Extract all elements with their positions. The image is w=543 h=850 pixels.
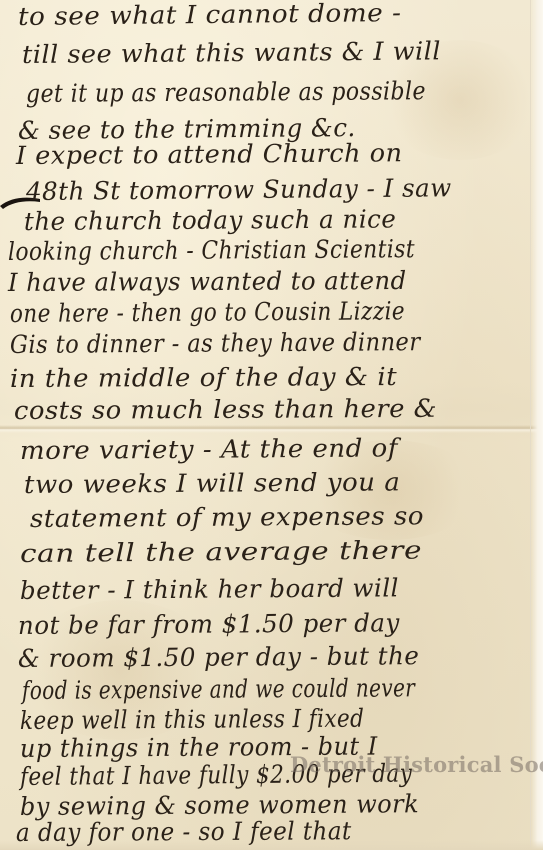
letter-line: the church today such a nice xyxy=(24,204,397,236)
letter-line: Gis to dinner - as they have dinner xyxy=(10,327,421,359)
letter-line: to see what I cannot dome - xyxy=(18,0,402,31)
letter-line: a day for one - so I feel that xyxy=(16,816,352,847)
letter-line: & room $1.50 per day - but the xyxy=(18,641,420,673)
letter-line: more variety - At the end of xyxy=(20,433,398,465)
letter-line: one here - then go to Cousin Lizzie xyxy=(10,296,405,328)
letter-line: I expect to attend Church on xyxy=(16,138,403,170)
letter-line: I have always wanted to attend xyxy=(8,266,407,297)
letter-page: to see what I cannot dome - till see wha… xyxy=(0,0,543,850)
fold-crease xyxy=(0,425,543,433)
letter-line: statement of my expenses so xyxy=(30,501,424,533)
letter-line: better - I think her board will xyxy=(20,573,399,605)
letter-line: in the middle of the day & it xyxy=(10,362,397,393)
letter-line: get it up as reasonable as possible xyxy=(26,76,426,108)
letter-line: till see what this wants & I will xyxy=(22,36,441,69)
letter-line: food is expensive and we could never xyxy=(22,673,415,705)
paper-edge-right xyxy=(530,0,543,850)
watermark: Detroit Historical Society xyxy=(290,752,543,777)
letter-line: 48th St tomorrow Sunday - I saw xyxy=(26,173,452,206)
letter-line: not be far from $1.50 per day xyxy=(18,608,400,640)
letter-line: two weeks I will send you a xyxy=(24,467,400,499)
letter-line: costs so much less than here & xyxy=(14,394,437,425)
letter-line: can tell the average there xyxy=(20,535,422,568)
letter-line: keep well in this unless I fixed xyxy=(20,704,365,735)
letter-line: looking church - Christian Scientist xyxy=(8,234,415,266)
